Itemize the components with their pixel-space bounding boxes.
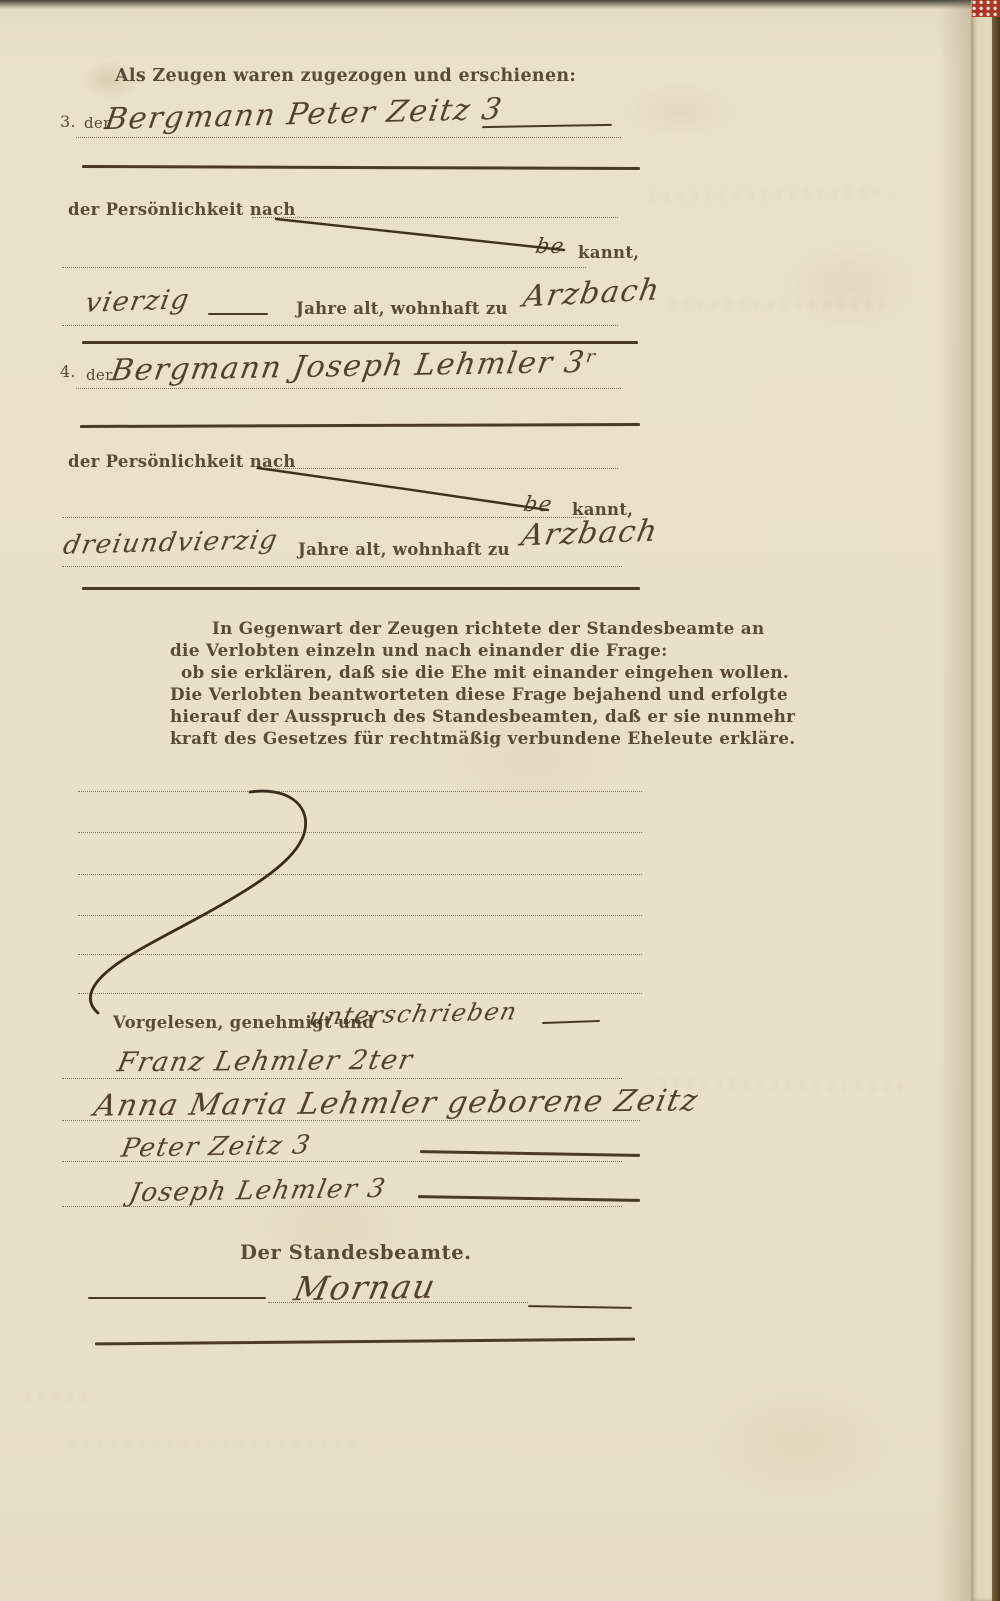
handwritten-dash: [542, 1020, 600, 1024]
page-top-edge: [0, 0, 1000, 9]
entry-dotted-line: [62, 325, 618, 326]
registry-page: Als Zeugen waren zugezogen und erschiene…: [0, 0, 1000, 1601]
handwritten-dash: [88, 1297, 266, 1299]
signature-bride: Anna Maria Lehmler geborene Zeitz: [91, 1083, 702, 1123]
handwritten-dash: [420, 1150, 640, 1156]
identity1-printed-suffix: kannt,: [578, 243, 639, 262]
signature-dotted-line: [62, 1206, 622, 1207]
bleed-through-ghost: [640, 188, 890, 202]
declaration-line: ob sie erklären, daß sie die Ehe mit ein…: [181, 662, 655, 683]
closing-handwritten: unterschrieben: [306, 997, 520, 1030]
cancellation-squiggle-stroke: [90, 791, 305, 1013]
signature-dotted-line: [268, 1302, 528, 1303]
signature-dotted-line: [62, 1161, 622, 1162]
page-right-shadow: [938, 0, 972, 1601]
entry-dotted-line: [256, 468, 618, 469]
section-rule: [80, 423, 640, 427]
section-rule: [82, 341, 638, 344]
age1-printed-middle: Jahre alt, wohnhaft zu: [296, 299, 508, 318]
signature-witness3: Peter Zeitz 3: [119, 1130, 314, 1163]
entry-dotted-line: [62, 566, 622, 567]
witness4-name-handwriting: Bergmann Joseph Lehmler 3ʳ: [109, 345, 600, 388]
witness3-number: 3.: [60, 112, 76, 131]
entry-dotted-line: [62, 267, 586, 268]
declaration-line: die Verlobten einzeln und nach einander …: [170, 640, 668, 661]
witness3-name-handwriting: Bergmann Peter Zeitz 3: [103, 92, 506, 137]
witness4-place-handwriting: Arzbach: [518, 514, 661, 554]
registrar-title: Der Standesbeamte.: [240, 1241, 445, 1264]
declaration-line: kraft des Gesetzes für rechtmäßig verbun…: [170, 728, 655, 749]
handwritten-dash: [482, 124, 612, 128]
bleed-through-ghost: [660, 300, 890, 310]
paper-stain: [780, 240, 920, 330]
blank-dotted-line: [78, 915, 642, 916]
declaration-line: In Gegenwart der Zeugen richtete der Sta…: [212, 618, 655, 639]
blank-dotted-line: [78, 832, 642, 833]
blank-dotted-line: [78, 954, 642, 955]
blank-dotted-line: [78, 791, 642, 792]
age2-printed-middle: Jahre alt, wohnhaft zu: [298, 540, 510, 559]
book-cover-edge: [992, 0, 1000, 1601]
signature-dotted-line: [62, 1078, 622, 1079]
marbled-cover-corner: [972, 0, 1000, 17]
handwritten-dash: [418, 1195, 640, 1201]
bleed-through-ghost: [60, 1440, 360, 1449]
identity1-hand-word: be: [533, 234, 567, 258]
entry-dotted-line: [252, 217, 618, 218]
identity2-hand-word: be: [521, 492, 555, 516]
witness4-number: 4.: [60, 362, 76, 381]
witnesses-intro-heading: Als Zeugen waren zugezogen und erschiene…: [115, 66, 576, 86]
entry-dotted-line: [62, 517, 586, 518]
handwritten-dash: [528, 1305, 632, 1309]
signature-witness4: Joseph Lehmler 3: [127, 1174, 389, 1208]
entry-dotted-line: [76, 137, 621, 138]
handwritten-dash: [208, 313, 268, 315]
entry-dotted-line: [76, 388, 621, 389]
blank-dotted-line: [78, 993, 642, 994]
signature-groom: Franz Lehmler 2ter: [115, 1045, 417, 1079]
underlying-page-edge: [971, 0, 992, 1601]
identity2-strike-stroke: [258, 468, 548, 510]
identity1-strike-stroke: [276, 219, 564, 250]
paper-stain: [620, 80, 740, 140]
bleed-through-ghost: [15, 1392, 85, 1401]
closing-rule: [95, 1338, 635, 1345]
section-rule: [82, 587, 640, 590]
witness3-place-handwriting: Arzbach: [521, 272, 663, 314]
paper-stain: [700, 1380, 900, 1500]
declaration-line: hierauf der Ausspruch des Standesbeamten…: [170, 706, 653, 727]
section-rule: [82, 165, 640, 169]
signature-dotted-line: [62, 1120, 640, 1121]
witness4-age-handwriting: dreiundvierzig: [61, 525, 281, 561]
blank-dotted-line: [78, 874, 642, 875]
declaration-line: Die Verlobten beantworteten diese Frage …: [170, 684, 652, 705]
witness3-age-handwriting: vierzig: [83, 284, 193, 319]
